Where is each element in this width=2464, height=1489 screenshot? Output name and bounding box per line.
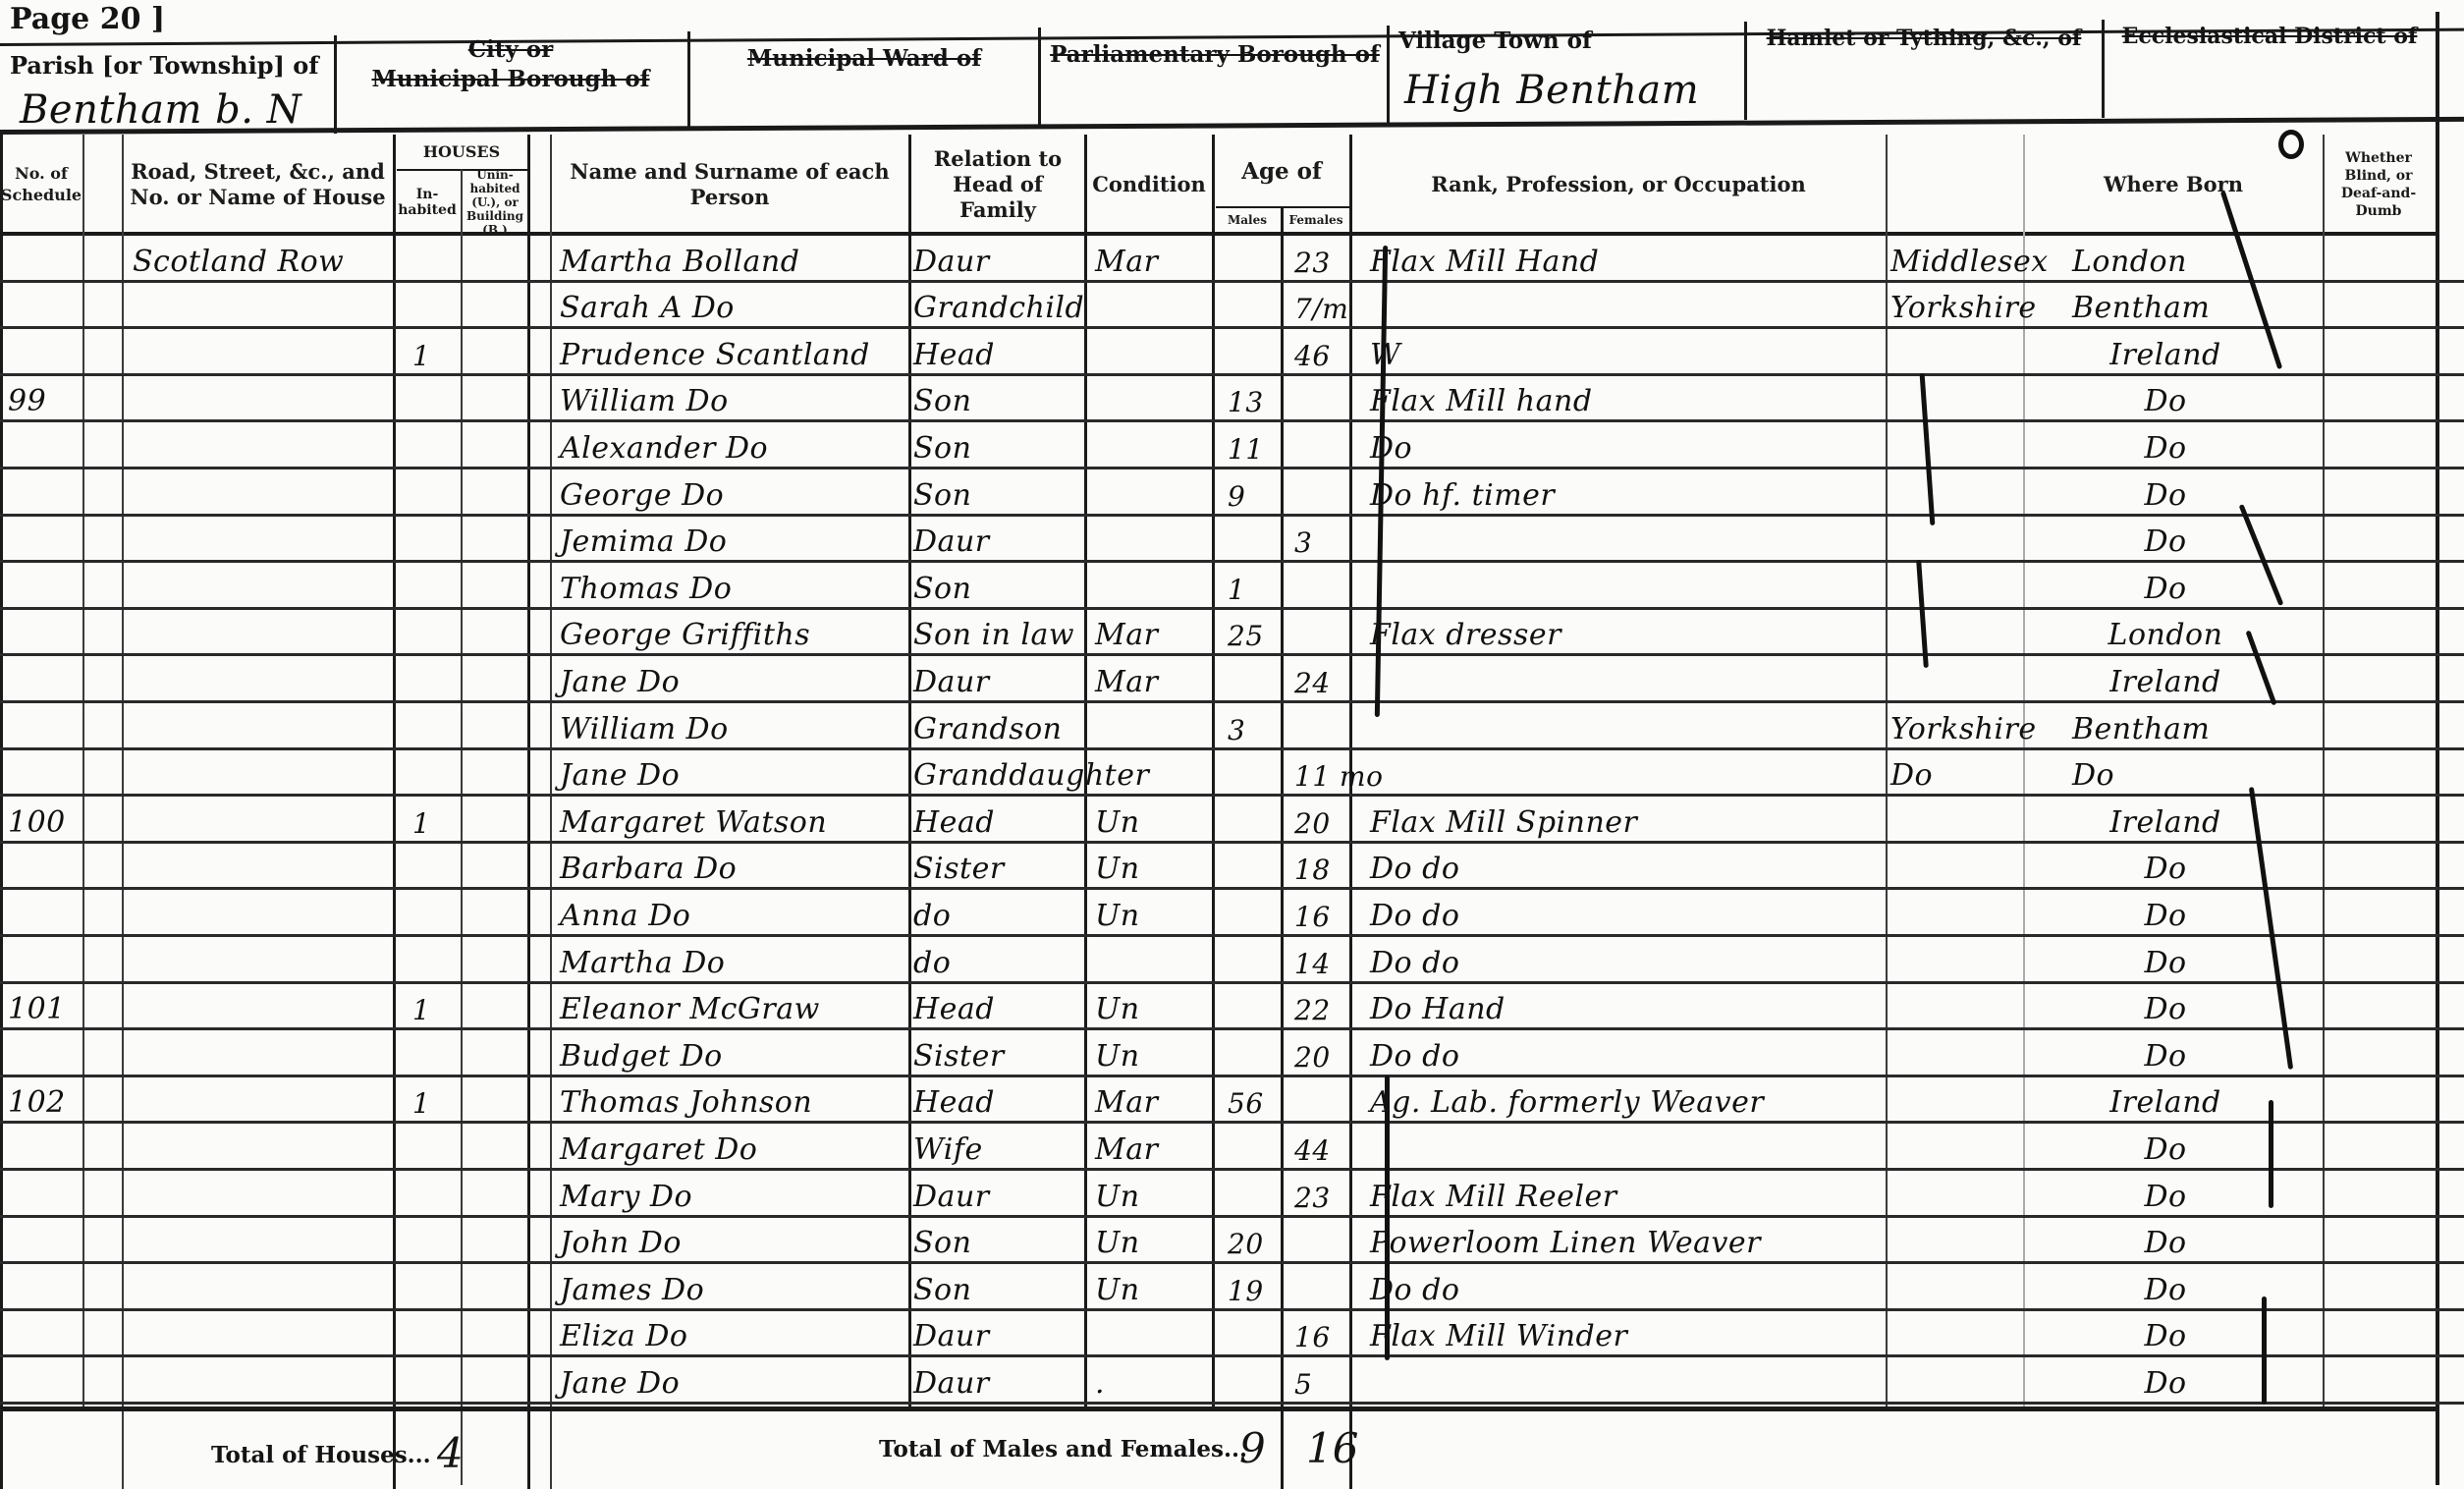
road-cell [133,937,393,984]
born-county-cell [1890,1311,2062,1358]
road-cell [133,329,393,376]
male-age-cell [1228,517,1281,564]
name-cell: William Do [560,376,908,423]
female-age-cell: 44 [1294,1124,1349,1171]
name-cell: William Do [560,703,908,750]
parish-field: Parish [or Township] of Bentham b. N [10,51,334,133]
table-row: Jane DoDaurMar24Ireland [0,656,2464,703]
col-header-males: Males [1214,208,1281,232]
road-cell [133,469,393,517]
inhabited-cell: 1 [412,1077,460,1125]
born-county-cell [1890,469,2062,517]
relation-cell: Head [913,329,1084,376]
relation-cell: Grandchild [913,283,1084,330]
condition-cell: Un [1095,1218,1211,1265]
male-age-cell: 19 [1228,1264,1281,1311]
born-county-cell [1890,1264,2062,1311]
col-header-occupation: Rank, Profession, or Occupation [1353,138,1884,232]
table-row: Jane DoGranddaughter11 moDoDo [0,750,2464,798]
male-age-cell [1228,1171,1281,1218]
inhabited-cell [412,517,460,564]
schedule-cell [8,563,82,610]
road-cell [133,283,393,330]
condition-cell: . [1095,1357,1211,1405]
born-county-cell [1890,656,2062,703]
relation-cell: Daur [913,1171,1084,1218]
relation-cell: Grandson [913,703,1084,750]
table-row: William DoGrandson3YorkshireBentham [0,703,2464,750]
table-row: Alexander DoSon11DoDo [0,422,2464,469]
col-header-road: Road, Street, &c., and No. or Name of Ho… [123,138,393,232]
road-cell [133,1264,393,1311]
relation-cell: Daur [913,1311,1084,1358]
inhabited-cell [412,1171,460,1218]
female-age-cell: 11 mo [1294,750,1349,798]
condition-cell: Un [1095,1030,1211,1077]
born-county-cell [1890,1218,2062,1265]
name-cell: George Griffiths [560,610,908,657]
schedule-cell [8,1218,82,1265]
schedule-cell [8,656,82,703]
inhabited-cell [412,890,460,937]
condition-cell: Un [1095,1171,1211,1218]
col-header-name: Name and Surname of each Person [552,138,907,232]
relation-cell: Daur [913,1357,1084,1405]
relation-cell: Head [913,984,1084,1031]
road-cell [133,1124,393,1171]
relation-cell: Son in law [913,610,1084,657]
schedule-cell: 102 [8,1077,82,1125]
inhabited-cell [412,937,460,984]
inhabited-cell [412,376,460,423]
parish-value: Bentham b. N [20,87,334,133]
condition-cell: Un [1095,797,1211,844]
relation-cell: Sister [913,1030,1084,1077]
road-cell [133,1171,393,1218]
schedule-cell: 101 [8,984,82,1031]
female-age-cell: 14 [1294,937,1349,984]
male-age-cell: 13 [1228,376,1281,423]
female-age-cell: 16 [1294,890,1349,937]
male-age-cell: 56 [1228,1077,1281,1125]
female-age-cell: 18 [1294,844,1349,891]
inhabited-cell [412,236,460,283]
occupation-cell [1370,656,1881,703]
male-age-cell [1228,750,1281,798]
road-cell [133,517,393,564]
occupation-cell: Powerloom Linen Weaver [1370,1218,1881,1265]
born-county-cell [1890,376,2062,423]
female-age-cell: 24 [1294,656,1349,703]
condition-cell [1095,329,1211,376]
condition-cell [1095,563,1211,610]
female-age-cell: 20 [1294,1030,1349,1077]
born-place-cell: Ireland [2043,1077,2288,1125]
born-place-cell: Do [2043,984,2288,1031]
schedule-cell [8,937,82,984]
col-header-houses: HOUSES [395,138,528,167]
female-age-cell: 22 [1294,984,1349,1031]
inhabited-cell [412,422,460,469]
condition-cell [1095,517,1211,564]
schedule-cell [8,1357,82,1405]
table-row: 1Prudence ScantlandHead46WIreland [0,329,2464,376]
relation-cell: Daur [913,517,1084,564]
female-age-cell [1294,469,1349,517]
schedule-cell [8,469,82,517]
condition-cell [1095,469,1211,517]
occupation-cell: Do do [1370,1264,1881,1311]
born-place-cell: Do [2043,1264,2288,1311]
male-age-cell [1228,1030,1281,1077]
city-label-line1: City or [339,35,683,65]
inhabited-cell [412,1218,460,1265]
schedule-cell: 100 [8,797,82,844]
table-row: 1011Eleanor McGrawHeadUn22Do HandDo [0,984,2464,1031]
inhabited-cell: 1 [412,797,460,844]
name-cell: Jane Do [560,656,908,703]
name-cell: Martha Bolland [560,236,908,283]
occupation-cell: Do Hand [1370,984,1881,1031]
condition-cell [1095,283,1211,330]
schedule-cell: 99 [8,376,82,423]
schedule-cell [8,1030,82,1077]
condition-cell: Un [1095,984,1211,1031]
condition-cell: Un [1095,890,1211,937]
occupation-cell [1370,283,1881,330]
locality-divider [1387,26,1390,124]
name-cell: Margaret Do [560,1124,908,1171]
inhabited-cell: 1 [412,984,460,1031]
born-place-cell: Do [2043,376,2288,423]
born-place-cell: Do [2072,750,2318,798]
inhabited-cell [412,1124,460,1171]
table-row: Budget DoSisterUn20Do doDo [0,1030,2464,1077]
schedule-cell [8,1264,82,1311]
born-county-cell [1890,797,2062,844]
occupation-cell: Ag. Lab. formerly Weaver [1370,1077,1881,1125]
born-county-cell [1890,890,2062,937]
male-age-cell [1228,1124,1281,1171]
parliamentary-label: Parliamentary Borough of [1043,41,1387,68]
relation-cell: Granddaughter [913,750,1084,798]
born-county-cell [1890,984,2062,1031]
table-row: Scotland RowMartha BollandDaurMar23Flax … [0,236,2464,283]
locality-divider [1038,28,1041,126]
circle-mark-icon [2278,130,2304,159]
name-cell: Mary Do [560,1171,908,1218]
table-row: James DoSonUn19Do doDo [0,1264,2464,1311]
name-cell: James Do [560,1264,908,1311]
born-county-cell [1890,422,2062,469]
header-bottom-rule [0,117,2464,135]
born-county-cell [1890,329,2062,376]
inhabited-cell [412,469,460,517]
name-cell: Martha Do [560,937,908,984]
name-cell: Jane Do [560,1357,908,1405]
female-age-cell: 3 [1294,517,1349,564]
occupation-cell: Do do [1370,890,1881,937]
relation-cell: Son [913,1264,1084,1311]
inhabited-cell [412,1030,460,1077]
schedule-cell [8,1171,82,1218]
born-county-cell: Yorkshire [1890,703,2062,750]
town-field: Village Town of High Bentham [1395,28,1738,113]
name-cell: Alexander Do [560,422,908,469]
occupation-cell: Flax Mill hand [1370,376,1881,423]
schedule-cell [8,610,82,657]
male-age-cell [1228,236,1281,283]
table-row: Martha Dodo14Do doDo [0,937,2464,984]
female-age-cell [1294,1264,1349,1311]
born-place-cell: Do [2043,1171,2288,1218]
born-county-cell [1890,937,2062,984]
table-row: Anna DodoUn16Do doDo [0,890,2464,937]
road-cell [133,376,393,423]
born-place-cell: London [2072,236,2318,283]
male-age-cell [1228,890,1281,937]
road-cell [133,984,393,1031]
relation-cell: Son [913,469,1084,517]
relation-cell: Son [913,422,1084,469]
col-header-females: Females [1283,208,1349,232]
male-age-cell [1228,844,1281,891]
condition-cell [1095,750,1211,798]
table-row: Jemima DoDaur3Do [0,517,2464,564]
condition-cell: Mar [1095,1077,1211,1125]
total-persons-label: Total of Males and Females... [879,1436,1247,1462]
condition-cell [1095,937,1211,984]
table-row: Sarah A DoGrandchild7/mYorkshireBentham [0,283,2464,330]
schedule-cell [8,517,82,564]
city-label-line2: Municipal Borough of [339,65,683,94]
road-cell [133,563,393,610]
relation-cell: do [913,937,1084,984]
table-row: 99William DoSon13Flax Mill handDo [0,376,2464,423]
occupation-cell: Do hf. timer [1370,469,1881,517]
occupation-cell: W [1370,329,1881,376]
occupation-cell: Flax Mill Spinner [1370,797,1881,844]
col-header-uninhabited: Unin-habited (U.), or Building (B.) [462,173,528,232]
name-cell: Jemima Do [560,517,908,564]
road-cell [133,656,393,703]
page-number: Page 20 ] [10,2,165,36]
road-cell [133,797,393,844]
born-place-cell: Do [2043,844,2288,891]
locality-divider [2102,20,2105,118]
occupation-cell: Flax Mill Winder [1370,1311,1881,1358]
tally-stroke [2269,1100,2273,1208]
male-age-cell [1228,1311,1281,1358]
schedule-cell [8,890,82,937]
name-cell: Thomas Do [560,563,908,610]
occupation-cell: Do do [1370,844,1881,891]
col-header-condition: Condition [1086,138,1212,232]
tally-stroke [1385,1075,1390,1360]
ecclesiastical-label: Ecclesiastical District of [2106,24,2434,49]
occupation-cell [1370,517,1881,564]
relation-cell: Daur [913,236,1084,283]
male-age-cell [1228,1357,1281,1405]
occupation-cell: Flax dresser [1370,610,1881,657]
male-age-cell: 3 [1228,703,1281,750]
schedule-cell [8,703,82,750]
total-males-value: 9 [1239,1424,1266,1472]
male-age-cell [1228,656,1281,703]
born-place-cell: Do [2043,1357,2288,1405]
row-rule [0,1402,2464,1405]
inhabited-cell [412,283,460,330]
col-header-relation: Relation to Head of Family [911,138,1084,232]
name-cell: Sarah A Do [560,283,908,330]
col-header-where-born: Where Born [2025,138,2322,232]
name-cell: Jane Do [560,750,908,798]
name-cell: Budget Do [560,1030,908,1077]
road-cell [133,1311,393,1358]
road-cell [133,890,393,937]
male-age-cell: 1 [1228,563,1281,610]
born-place-cell: Bentham [2072,283,2318,330]
road-cell [133,1357,393,1405]
inhabited-cell [412,844,460,891]
name-cell: George Do [560,469,908,517]
occupation-cell [1370,563,1881,610]
born-place-cell: Do [2043,890,2288,937]
female-age-cell: 7/m [1294,283,1349,330]
female-age-cell [1294,376,1349,423]
road-cell [133,844,393,891]
relation-cell: Son [913,1218,1084,1265]
inhabited-cell [412,656,460,703]
occupation-cell [1370,1124,1881,1171]
road-cell: Scotland Row [133,236,393,283]
born-county-cell: Yorkshire [1890,283,2062,330]
relation-cell: do [913,890,1084,937]
road-cell [133,422,393,469]
condition-cell [1095,703,1211,750]
condition-cell [1095,422,1211,469]
inhabited-cell: 1 [412,329,460,376]
col-header-blind: Whether Blind, or Deaf-and-Dumb [2324,138,2434,232]
female-age-cell: 16 [1294,1311,1349,1358]
tally-stroke [2262,1296,2267,1405]
relation-cell: Head [913,797,1084,844]
female-age-cell: 23 [1294,236,1349,283]
condition-cell: Un [1095,844,1211,891]
female-age-cell [1294,610,1349,657]
inhabited-cell [412,1264,460,1311]
ward-label: Municipal Ward of [692,45,1036,72]
relation-cell: Wife [913,1124,1084,1171]
occupation-cell: Flax Mill Reeler [1370,1171,1881,1218]
name-cell: John Do [560,1218,908,1265]
road-cell [133,750,393,798]
schedule-cell [8,236,82,283]
relation-cell: Daur [913,656,1084,703]
table-row: Thomas DoSon1Do [0,563,2464,610]
schedule-cell [8,283,82,330]
inhabited-cell [412,563,460,610]
female-age-cell: 20 [1294,797,1349,844]
schedule-cell [8,329,82,376]
locality-divider [334,35,337,134]
name-cell: Prudence Scantland [560,329,908,376]
road-cell [133,1030,393,1077]
table-row: Jane DoDaur.5Do [0,1357,2464,1405]
male-age-cell: 9 [1228,469,1281,517]
relation-cell: Son [913,563,1084,610]
male-age-cell: 11 [1228,422,1281,469]
locality-divider [687,31,690,130]
schedule-cell [8,750,82,798]
relation-cell: Sister [913,844,1084,891]
occupation-cell [1370,1357,1881,1405]
female-age-cell: 23 [1294,1171,1349,1218]
relation-cell: Son [913,376,1084,423]
born-place-cell: Do [2043,1218,2288,1265]
inhabited-cell [412,703,460,750]
locality-divider [1744,22,1747,120]
born-county-cell [1890,1077,2062,1125]
born-place-cell: Ireland [2043,656,2288,703]
total-houses-label: Total of Houses... [211,1442,431,1468]
road-cell [133,1218,393,1265]
col-header-schedule: No. of Schedule [0,138,82,232]
born-place-cell: Do [2043,1311,2288,1358]
town-value: High Bentham [1404,68,1738,113]
total-houses-value: 4 [437,1429,464,1477]
born-county-cell [1890,610,2062,657]
male-age-cell [1228,984,1281,1031]
male-age-cell [1228,937,1281,984]
born-county-cell [1890,1357,2062,1405]
born-place-cell: Do [2043,1030,2288,1077]
inhabited-cell [412,750,460,798]
born-place-cell: Do [2043,422,2288,469]
born-county-cell: Middlesex [1890,236,2062,283]
parish-label: Parish [or Township] of [10,51,334,80]
table-row: Mary DoDaurUn23Flax Mill ReelerDo [0,1171,2464,1218]
female-age-cell [1294,1218,1349,1265]
male-age-cell: 25 [1228,610,1281,657]
occupation-cell: Flax Mill Hand [1370,236,1881,283]
occupation-cell [1370,750,1881,798]
name-cell: Anna Do [560,890,908,937]
table-row: George GriffithsSon in lawMar25Flax dres… [0,610,2464,657]
born-county-cell [1890,1030,2062,1077]
relation-cell: Head [913,1077,1084,1125]
table-row: 1021Thomas JohnsonHeadMar56Ag. Lab. form… [0,1077,2464,1125]
schedule-cell [8,1311,82,1358]
born-place-cell: Do [2043,469,2288,517]
male-age-cell [1228,797,1281,844]
name-cell: Margaret Watson [560,797,908,844]
name-cell: Eliza Do [560,1311,908,1358]
condition-cell: Mar [1095,236,1211,283]
female-age-cell [1294,422,1349,469]
male-age-cell [1228,329,1281,376]
col-header-inhabited: In-habited [395,173,460,232]
born-place-cell: Do [2043,1124,2288,1171]
female-age-cell [1294,703,1349,750]
condition-cell: Mar [1095,610,1211,657]
occupation-cell: Do do [1370,937,1881,984]
table-row: John DoSonUn20Powerloom Linen WeaverDo [0,1218,2464,1265]
male-age-cell [1228,283,1281,330]
table-row: George DoSon9Do hf. timerDo [0,469,2464,517]
born-place-cell: Ireland [2043,329,2288,376]
name-cell: Barbara Do [560,844,908,891]
